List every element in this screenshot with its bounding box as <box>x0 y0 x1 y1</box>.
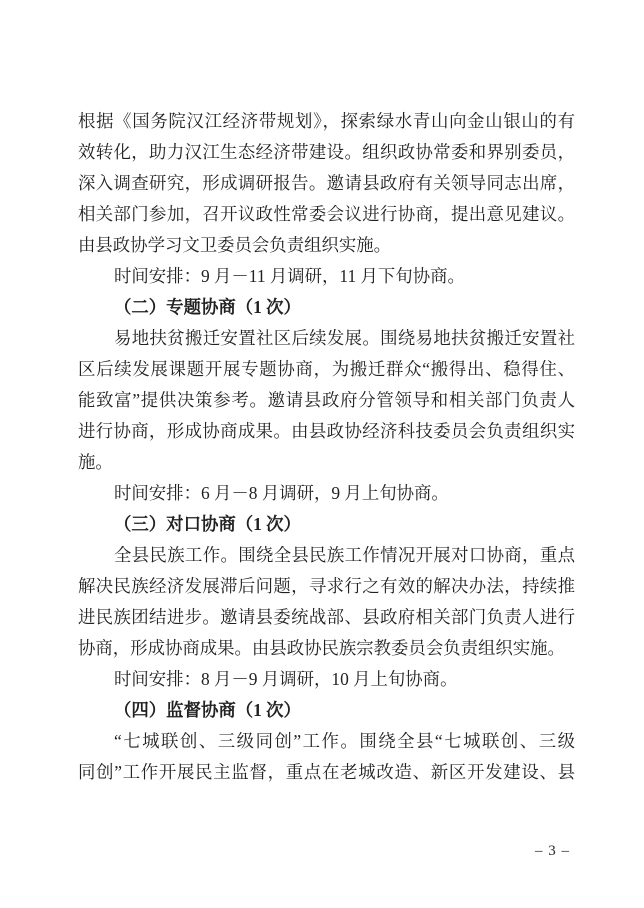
body-text-line: 协商，形成协商成果。由县政协民族宗教委员会负责组织实施。 <box>78 633 575 664</box>
schedule-line: 时间安排：6 月－8 月调研，9 月上旬协商。 <box>78 478 575 509</box>
section-heading-4: （四）监督协商（1 次） <box>78 695 575 726</box>
body-text-line: 相关部门参加，召开议政性常委会议进行协商，提出意见建议。 <box>78 199 575 230</box>
section-heading-3: （三）对口协商（1 次） <box>78 509 575 540</box>
body-text-line: 能致富”提供决策参考。邀请县政府分管领导和相关部门负责人 <box>78 385 575 416</box>
body-text-line: 根据《国务院汉江经济带规划》，探索绿水青山向金山银山的有 <box>78 106 575 137</box>
body-text-line: 深入调查研究，形成调研报告。邀请县政府有关领导同志出席， <box>78 168 575 199</box>
body-text-line: 施。 <box>78 447 575 478</box>
body-text-line: 进民族团结进步。邀请县委统战部、县政府相关部门负责人进行 <box>78 602 575 633</box>
body-text-line: 效转化，助力汉江生态经济带建设。组织政协常委和界别委员， <box>78 137 575 168</box>
schedule-line: 时间安排：8 月－9 月调研，10 月上旬协商。 <box>78 664 575 695</box>
body-text-line: 区后续发展课题开展专题协商，为搬迁群众“搬得出、稳得住、 <box>78 354 575 385</box>
document-text-block: 根据《国务院汉江经济带规划》，探索绿水青山向金山银山的有 效转化，助力汉江生态经… <box>78 106 575 788</box>
body-text-line: 易地扶贫搬迁安置社区后续发展。围绕易地扶贫搬迁安置社 <box>78 323 575 354</box>
page-number: – 3 – <box>535 843 570 860</box>
schedule-line: 时间安排：9 月－11 月调研，11 月下旬协商。 <box>78 261 575 292</box>
section-heading-2: （二）专题协商（1 次） <box>78 292 575 323</box>
body-text-line: 全县民族工作。围绕全县民族工作情况开展对口协商，重点 <box>78 540 575 571</box>
body-text-line: 由县政协学习文卫委员会负责组织实施。 <box>78 230 575 261</box>
body-text-line: 解决民族经济发展滞后问题，寻求行之有效的解决办法，持续推 <box>78 571 575 602</box>
document-page: 根据《国务院汉江经济带规划》，探索绿水青山向金山银山的有 效转化，助力汉江生态经… <box>0 0 644 908</box>
body-text-line: 同创”工作开展民主监督，重点在老城改造、新区开发建设、县 <box>78 757 575 788</box>
body-text-line: 进行协商，形成协商成果。由县政协经济科技委员会负责组织实 <box>78 416 575 447</box>
body-text-line: “七城联创、三级同创”工作。围绕全县“七城联创、三级 <box>78 726 575 757</box>
